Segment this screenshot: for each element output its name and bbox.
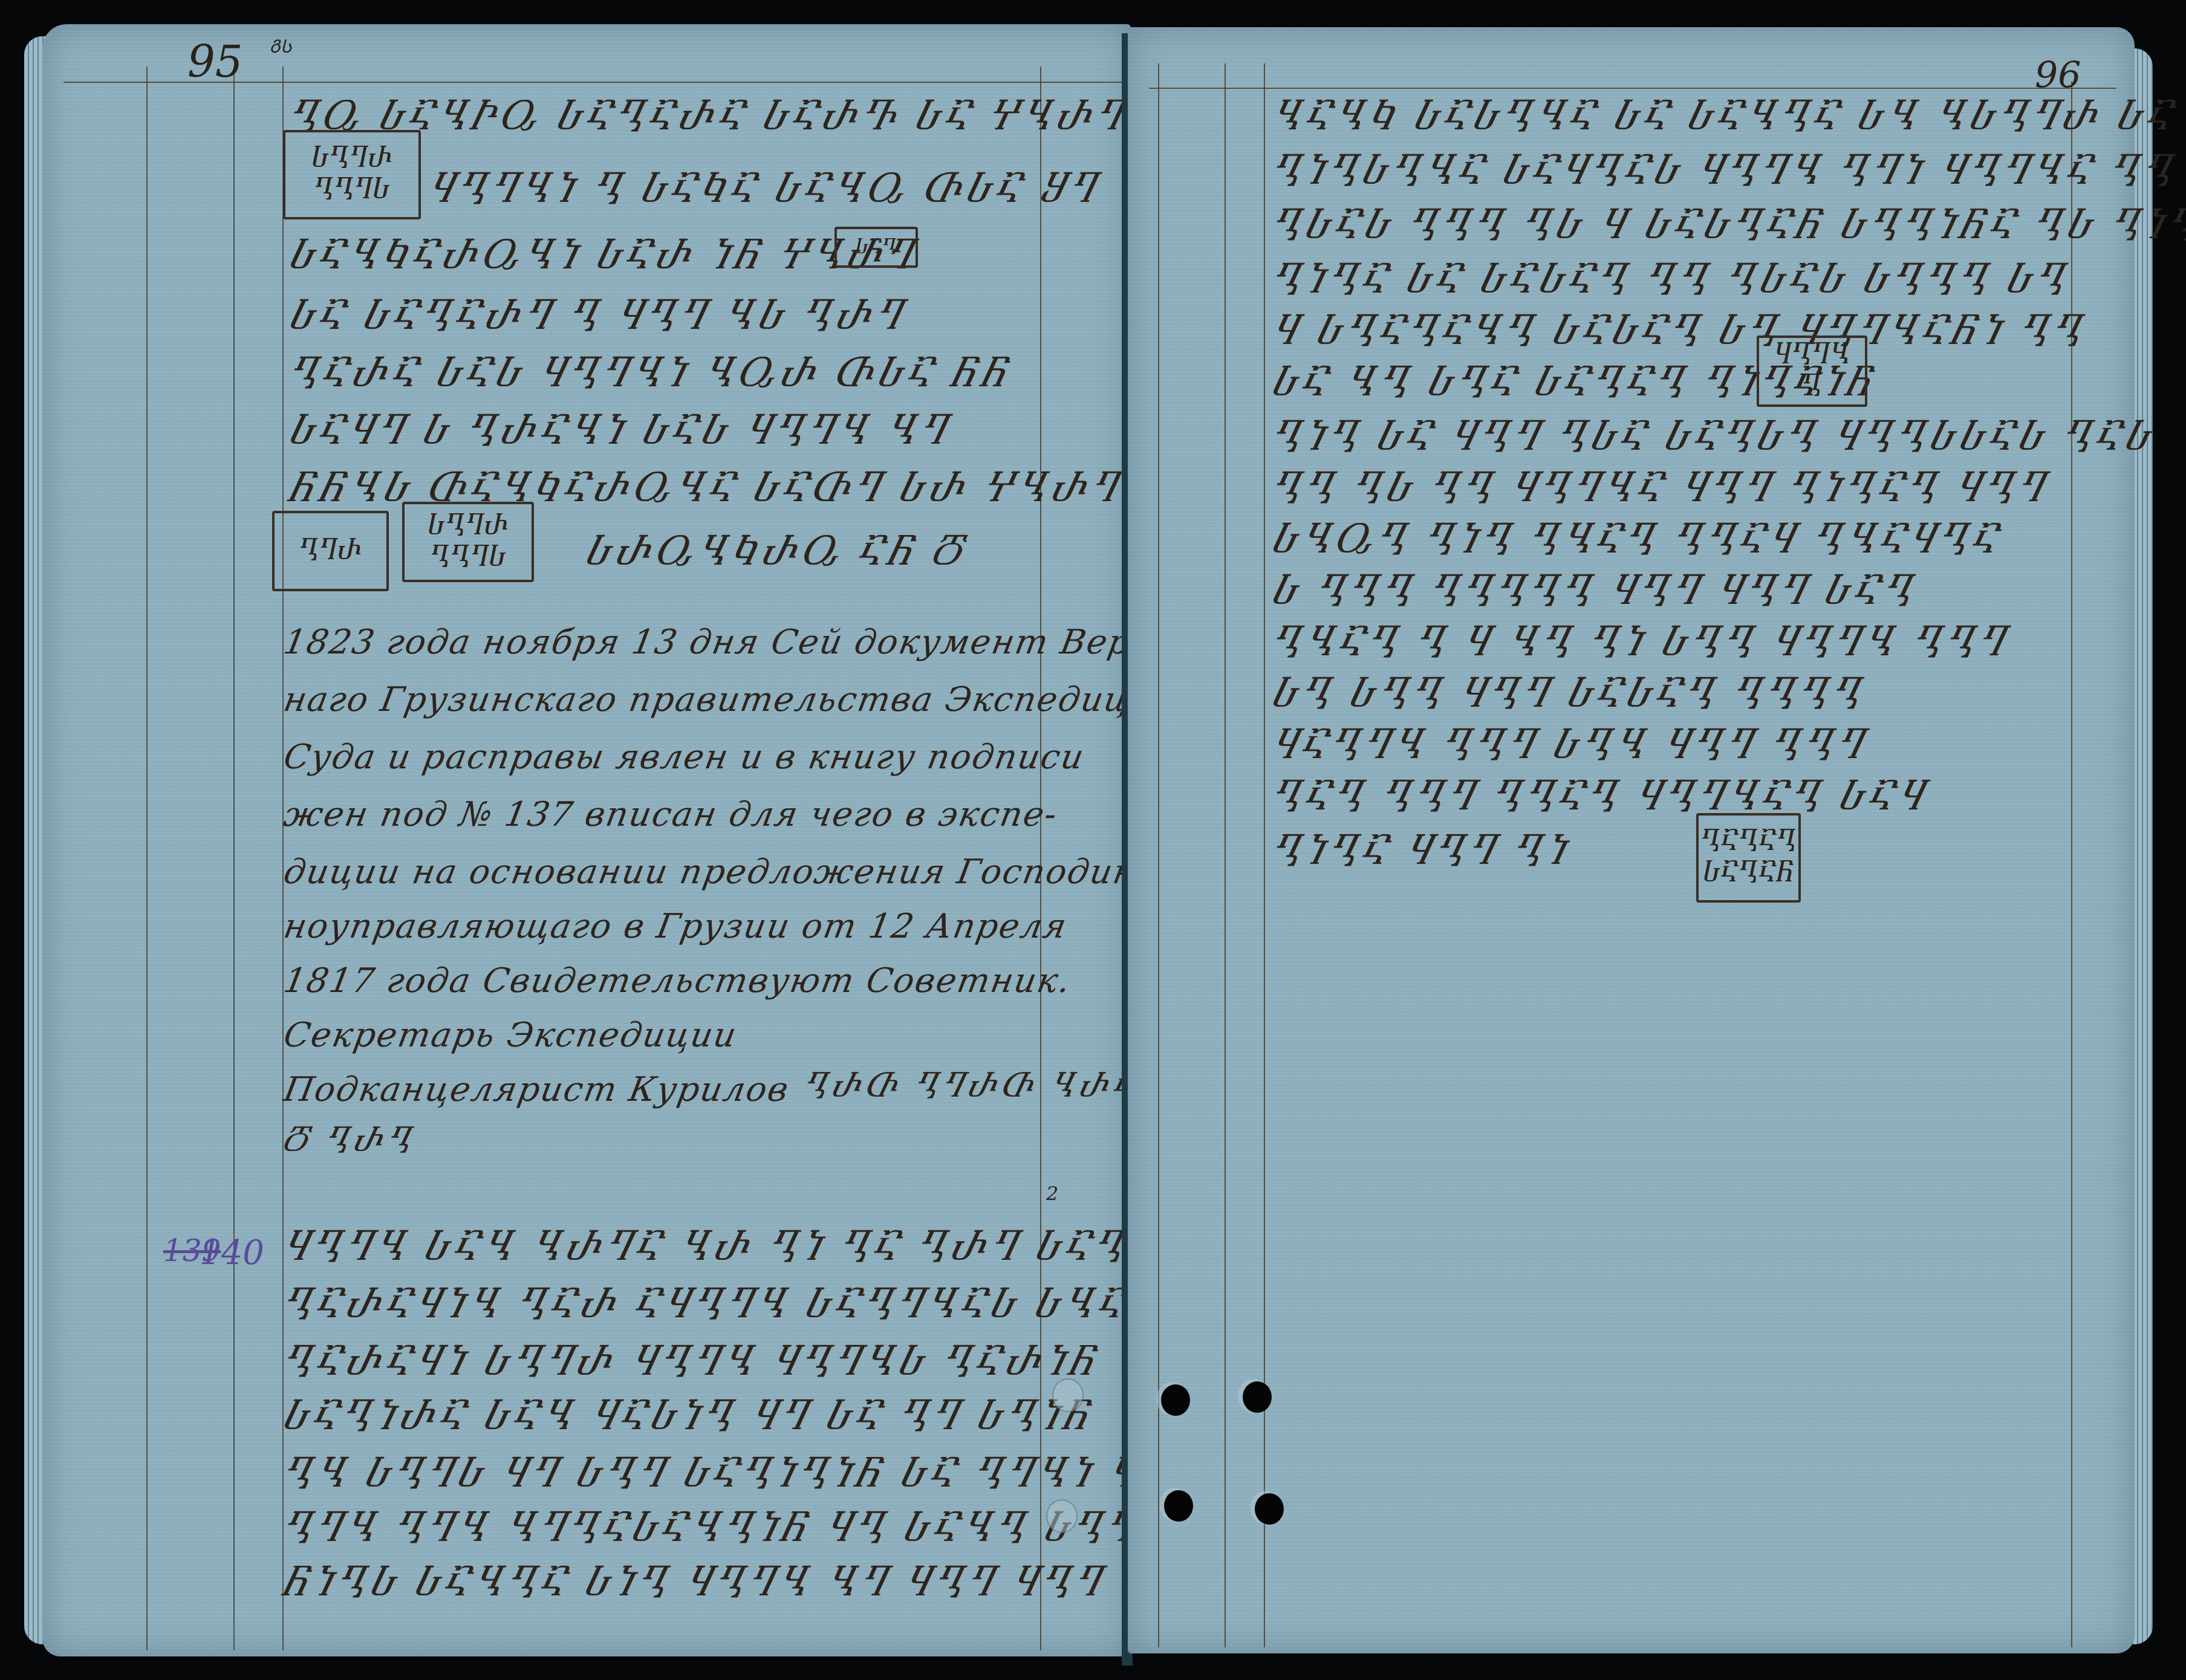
signature-box: ႱႢႤႰ ႢႢႤႱ	[402, 502, 534, 582]
text-line: ႡႠႡႩ ႱႠႱႢႡႠ ႱႠ ႱႠႡႢႠ ႱႡ ႡႱႢႤႰ ႱႠ ႢႤႡႠ	[1268, 97, 2186, 138]
georgian-signature: ႢႰႧ ႢႤႰႧ ႡႰႠ	[800, 1070, 1143, 1104]
text-line: ႢႨႢႱႢႡႠ ႱႠႷႢႠႱ ႷႢႤႡ ႢႤႨ ႷႢႤႡႠ ႢႢ	[1268, 151, 2182, 192]
binding-hole	[1164, 1490, 1193, 1522]
text-line: Ⴗ ႱႢႠႢႠႡႢ ႱႠႱႠႢ ႱႢ ႷႢႤႡႠႬႨ ႢႢ	[1268, 311, 2092, 352]
text-line: ႷႢႤႡ ႱႠႡ ႡႰႤႠ ႡႰ ႢႨ ႢႠ ႢႰႤ ႱႠႢႠႬ	[279, 1227, 1193, 1268]
signature: ႱႰႭႡႩႰႭ ႠႬ Ⴃ	[582, 532, 973, 573]
text-line: ႢႨႢႠ ႱႠ ႱႠႱႠႢ ႢႢ ႢႱႠႱ ႱႢႢႢ ႱႢ	[1268, 260, 2075, 301]
text-line: ႢႡႠႢ Ⴂ Ⴗ ႡႢ ႢႨ ႱႢႢ ႷႢႤႡ ႢႢႤ	[1268, 623, 2015, 664]
binding-hole-faint	[1046, 1499, 1078, 1533]
margin-rule	[233, 66, 235, 1650]
page-number: 96	[2035, 54, 2081, 97]
text-line: ႢႠႢ ႢႢႤ ႢႢႠႢ ႷႢႤႡႠႢ ႱႠႷ	[1268, 777, 1934, 818]
text-line: ႱႠႷႤ Ⴑ ႢႰႠႡႨ ႱႠႱ ႷႢႤႡ ႡႤ	[285, 411, 956, 452]
header-rule	[1149, 88, 2116, 89]
page-number: 95	[187, 36, 243, 87]
annotation-line: Подканцелярист Курилов	[281, 1070, 792, 1109]
annotation-line: Секретарь Экспедиции	[281, 1016, 740, 1055]
margin-mark: 2	[1046, 1182, 1058, 1205]
annotation-line: Суда и расправы явлен и в книгу подписи	[281, 738, 1087, 777]
signature-box: ႢႠႢႠႢ ႱႠႢႠႬ	[1696, 813, 1801, 903]
text-line: ႱႢ ႱႢႢ ႷႢႤ ႱႠႱႠႢ ႢႢႢႢ	[1268, 674, 1871, 715]
text-line: ႱႠႢႨႰႠ ႱႠႡ ႷႠႱႨႢ ႷႤ ႱႠ ႢႤ ႱႢႨႬ	[279, 1396, 1100, 1438]
left-page: 95 ᲒᲡ ႢႭ ႱႠႡჁႭ ႱႠႢႠႰႠ ႱႠႰႥ ႱႠ ჄႡႰႤ ႱႢႤႰ …	[42, 24, 1131, 1656]
binding-hole	[1255, 1493, 1284, 1525]
margin-rule	[146, 66, 148, 1650]
text-line: ႬႨႢႱ ႱႠႡႢႠ ႱႨႢ ႷႢႤႡ ႡႤ ႷႢႤ ႷႢႤ ႢႢႡ	[279, 1563, 1225, 1604]
binding-hole	[1243, 1381, 1272, 1413]
annotation-line: 1817 года Свидетельствуют Советник.	[281, 961, 1074, 1001]
entry-number: 140	[200, 1233, 264, 1273]
margin-rule	[1225, 63, 1226, 1647]
inline-box: ႱႠႢ	[834, 227, 918, 268]
text-line: ႢႠႰႠ ႱႠႱ ႷႢႤႡႨ ႡႭႰ ႧႱႠ ႬႬ	[285, 354, 1018, 395]
text-line: ႢႢ ႢႱ ႢႢ ႷႢႤႡႠ ႷႢႤ ႢႨႢႠႢ ႷႢႤ	[1268, 469, 2054, 510]
text-line: ႢႨႢ ႱႠ ႷႢႤ ႢႱႠ ႱႠႢႱႢ ႷႢႢႱႱႠႱ ႢႠႱ	[1268, 417, 2161, 458]
text-line: ႱႠႡႩႠႰႭႡႨ ႱႠႰ ႨႬ ჄႡႰႤ	[285, 236, 923, 277]
text-line: ႢႨႢႠ ႷႢႤ ႢႨ	[1268, 831, 1576, 872]
text-line: ႢႤႡ ႢႤႡ ႡႤႢႠႱႠႡႢႨႬ ႷႢ ႱႠႡႢ ႱႢႤႱ	[279, 1508, 1173, 1549]
georgian-signature: Ⴃ ႢႰႢ	[280, 1124, 420, 1158]
text-line: ႢႡ ႱႢႤႱ ႷႤ ႱႢႤ ႱႠႢႨႢႨႬ ႱႠ ႢႤႡႨ ႷႢႤ	[279, 1454, 1208, 1495]
binding-hole-faint	[1052, 1378, 1084, 1412]
annotation-line: жен под № 137 вписан для чего в экспе-	[281, 795, 1061, 834]
text-line: ႱႡႭႢ ႢႨႢ ႢႡႠႢ ႢႢႠႷ ႢႡႠႷႢႠ	[1268, 520, 2008, 561]
binding-hole	[1161, 1384, 1190, 1416]
signature-box: ႢႤႰ	[272, 511, 389, 591]
inline-box: ႷႢႤႡ Ⴂ	[1757, 336, 1867, 407]
text-line: ႱႠ ႱႠႢႠႰႤ Ⴂ ႷႢႤ ႡႱ ႢႰႤ	[285, 296, 912, 337]
annotation-line: 1823 года ноября 13 дня Сей документ Вер…	[281, 623, 1210, 662]
text-line: ႷႠႢႤႡ ႢႢႤ ႱႢႡ ႷႢႤ ႢႢႤ	[1268, 725, 1873, 767]
annotation-line: ноуправляющаго в Грузии от 12 Апреля	[281, 907, 1070, 946]
text-line: ႷႢႤႡႨ Ⴂ ႱႠႩႠ ႱႠႡႭ ႧႱႠ ႸႤ	[425, 169, 1105, 210]
margin-rule	[282, 66, 284, 1650]
text-line: ႢႱႠႱ ႢႢႢ ႢႱ Ⴗ ႱႠႱႢႠႬ ႱႢႢႨႬႠ ႢႱ ႢႨႢႢ	[1268, 206, 2186, 247]
margin-rule	[1158, 63, 1159, 1647]
right-page: 96 ႡႠႡႩ ႱႠႱႢႡႠ ႱႠ ႱႠႡႢႠ ႱႡ ႡႱႢႤႰ ႱႠ ႢႤႡႠ…	[1128, 27, 2135, 1653]
annotation-line: наго Грузинскаго правительства Экспедици…	[281, 680, 1179, 719]
text-line: Ⴑ ႢႢႢ ႢႢႢႢႢ ႷႢႤ ႷႢႤ ႱႠႢ	[1268, 571, 1922, 612]
text-line: ႢႠႰႠႷႨ ႱႢႤႰ ႷႢႤႡ ႷႢႤႡႱ ႢႠႰႨႬ	[279, 1342, 1105, 1383]
marginal-box: ႱႢႤႰ ႢႢႤႱ	[283, 130, 421, 219]
page-number-mark: ᲒᲡ	[269, 33, 292, 58]
